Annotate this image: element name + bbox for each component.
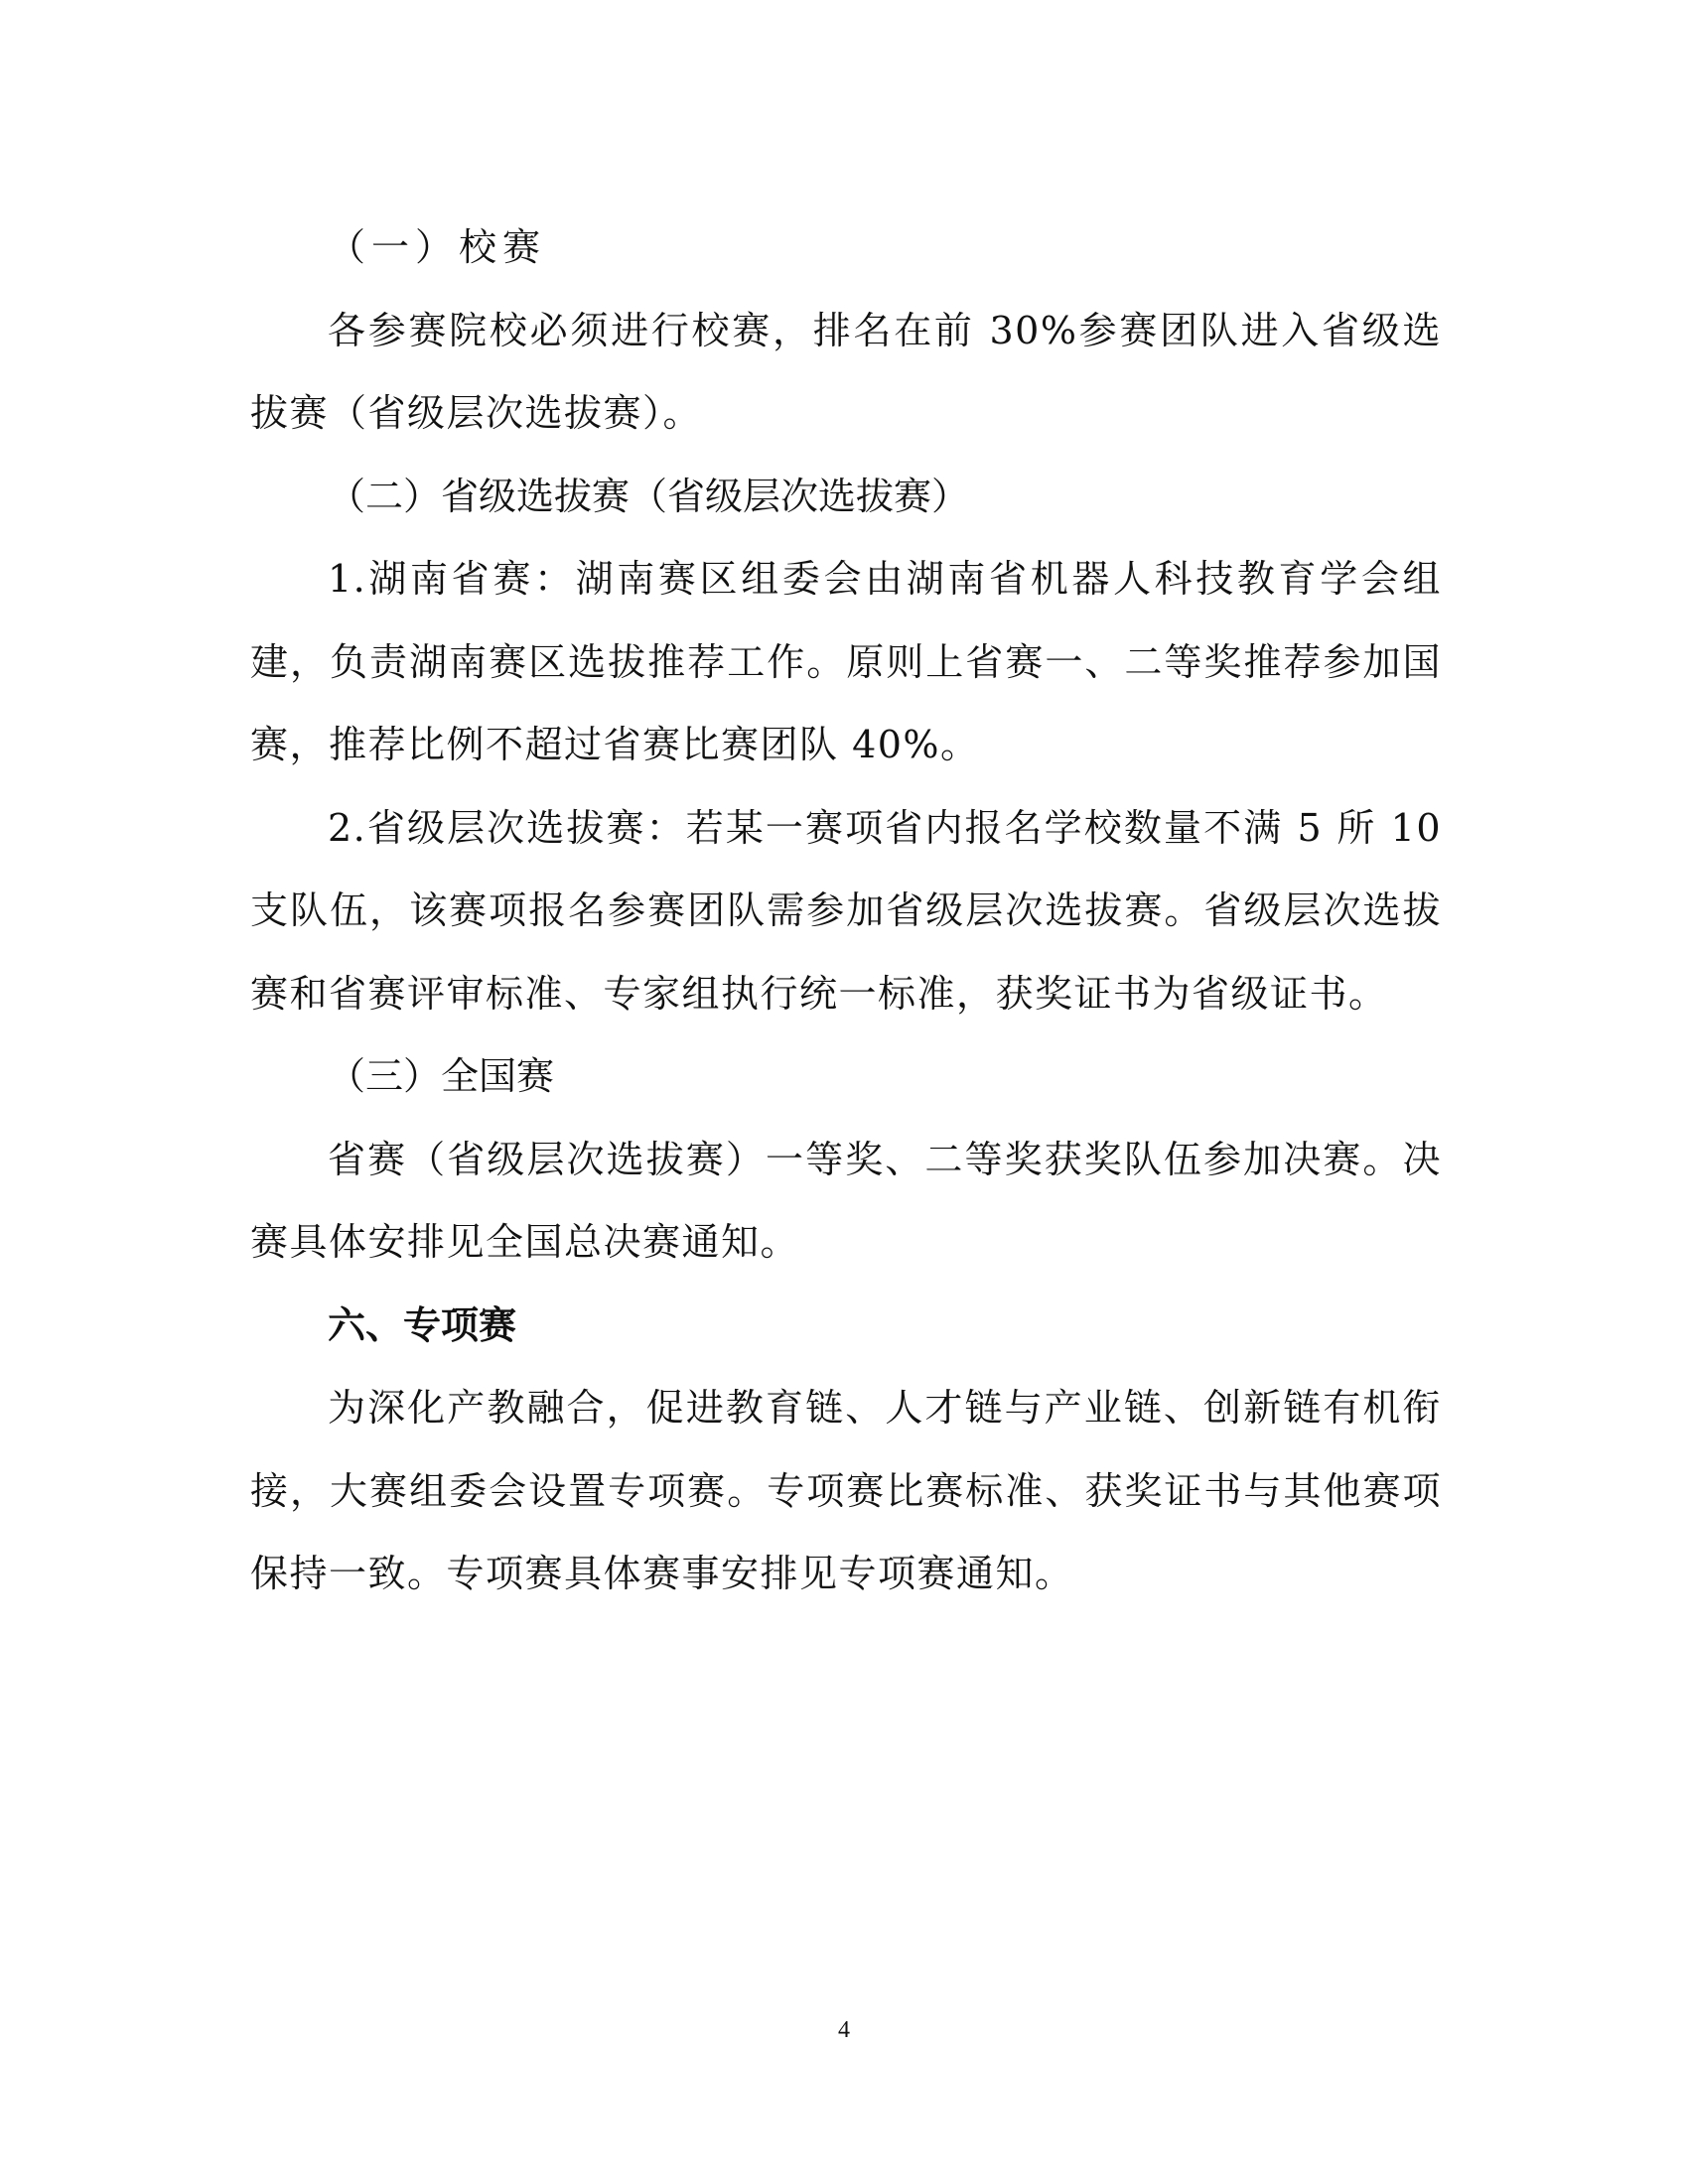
section-heading-school-competition: （一）校赛 xyxy=(250,206,1442,290)
section-heading-special-competition: 六、专项赛 xyxy=(250,1285,1442,1368)
paragraph-hunan-provincial: 1.湖南省赛：湖南赛区组委会由湖南省机器人科技教育学会组建，负责湖南赛区选拔推荐… xyxy=(250,538,1442,787)
page-number: 4 xyxy=(0,2017,1688,2044)
document-page: （一）校赛 各参赛院校必须进行校赛，排名在前 30%参赛团队进入省级选拔赛（省级… xyxy=(250,206,1442,1616)
paragraph-provincial-level-selection: 2.省级层次选拔赛：若某一赛项省内报名学校数量不满 5 所 10 支队伍，该赛项… xyxy=(250,787,1442,1036)
paragraph-national-competition: 省赛（省级层次选拔赛）一等奖、二等奖获奖队伍参加决赛。决赛具体安排见全国总决赛通… xyxy=(250,1119,1442,1285)
paragraph-school-competition: 各参赛院校必须进行校赛，排名在前 30%参赛团队进入省级选拔赛（省级层次选拔赛）… xyxy=(250,290,1442,456)
section-heading-national-competition: （三）全国赛 xyxy=(250,1035,1442,1119)
section-heading-provincial-selection: （二）省级选拔赛（省级层次选拔赛） xyxy=(250,456,1442,539)
paragraph-special-competition: 为深化产教融合，促进教育链、人才链与产业链、创新链有机衔接，大赛组委会设置专项赛… xyxy=(250,1367,1442,1616)
